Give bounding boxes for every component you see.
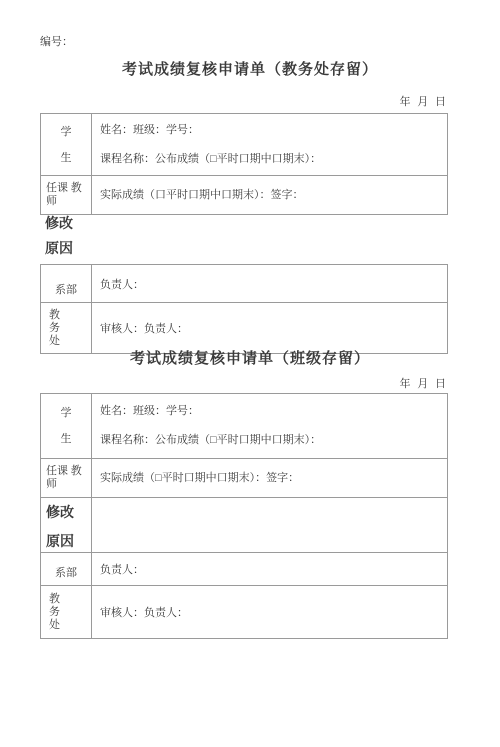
course-published-score-line: 课程名称：公布成绩（□平时口期中口期末）： bbox=[100, 426, 446, 455]
student-row-header: 学 生 bbox=[41, 114, 92, 176]
teacher-row-content: 实际成绩（口平时口期中口期末）：签字： bbox=[92, 176, 448, 215]
modification-reason-row: 修改 原因 bbox=[41, 498, 448, 559]
department-row: 系部 负责人： bbox=[41, 553, 448, 586]
office-row-header: 教 务 处 bbox=[41, 303, 92, 354]
actual-score-signature-line: 实际成绩（□平时口期中口期末）：签字： bbox=[100, 464, 446, 493]
teacher-row-header: 任课 教 师 bbox=[41, 176, 92, 215]
section-office-title: 考试成绩复核申请单（教务处存留） bbox=[0, 58, 500, 79]
student-row-content: 姓名：班级：学号： 课程名称：公布成绩（□平时口期中口期末）： bbox=[92, 114, 448, 176]
student-row: 学 生 姓名：班级：学号： 课程名称：公布成绩（□平时口期中口期末）： bbox=[41, 394, 448, 459]
student-name-class-id-line: 姓名：班级：学号： bbox=[100, 116, 446, 145]
section-class-date-line: 年 月 日 bbox=[40, 375, 448, 391]
modification-reason-row-content bbox=[92, 498, 448, 559]
student-name-class-id-line: 姓名：班级：学号： bbox=[100, 397, 446, 426]
office-row-header: 教 务 处 bbox=[41, 586, 92, 639]
modification-reason-row-header: 修改 原因 bbox=[41, 498, 92, 559]
actual-score-signature-line: 实际成绩（口平时口期中口期末）：签字： bbox=[100, 181, 446, 210]
teacher-row: 任课 教 师 实际成绩（口平时口期中口期末）：签字： bbox=[41, 176, 448, 215]
department-row-header: 系部 bbox=[41, 553, 92, 586]
student-row-header: 学 生 bbox=[41, 394, 92, 459]
department-row-header: 系部 bbox=[41, 265, 92, 303]
department-row-content: 负责人： bbox=[92, 265, 448, 303]
modification-reason-label: 修改 原因 bbox=[45, 212, 73, 262]
section-office-date-line: 年 月 日 bbox=[40, 93, 448, 109]
teacher-row-content: 实际成绩（□平时口期中口期末）：签字： bbox=[92, 459, 448, 498]
section-class-title: 考试成绩复核申请单（班级存留） bbox=[0, 347, 500, 368]
section-class-approval-table: 系部 负责人： 教 务 处 审核人：负责人： bbox=[40, 552, 448, 639]
section-office-approval-table: 系部 负责人： 教 务 处 审核人：负责人： bbox=[40, 264, 448, 354]
office-row: 教 务 处 审核人：负责人： bbox=[41, 303, 448, 354]
section-office-main-table: 学 生 姓名：班级：学号： 课程名称：公布成绩（□平时口期中口期末）： 任课 教… bbox=[40, 113, 448, 215]
department-row-content: 负责人： bbox=[92, 553, 448, 586]
teacher-row-header: 任课 教 师 bbox=[41, 459, 92, 498]
department-row: 系部 负责人： bbox=[41, 265, 448, 303]
student-row: 学 生 姓名：班级：学号： 课程名称：公布成绩（□平时口期中口期末）： bbox=[41, 114, 448, 176]
serial-number-label: 编号： bbox=[40, 33, 73, 49]
section-class-main-table: 学 生 姓名：班级：学号： 课程名称：公布成绩（□平时口期中口期末）： 任课 教… bbox=[40, 393, 448, 559]
office-row: 教 务 处 审核人：负责人： bbox=[41, 586, 448, 639]
teacher-row: 任课 教 师 实际成绩（□平时口期中口期末）：签字： bbox=[41, 459, 448, 498]
office-row-content: 审核人：负责人： bbox=[92, 303, 448, 354]
office-row-content: 审核人：负责人： bbox=[92, 586, 448, 639]
student-row-content: 姓名：班级：学号： 课程名称：公布成绩（□平时口期中口期末）： bbox=[92, 394, 448, 459]
course-published-score-line: 课程名称：公布成绩（□平时口期中口期末）： bbox=[100, 145, 446, 174]
